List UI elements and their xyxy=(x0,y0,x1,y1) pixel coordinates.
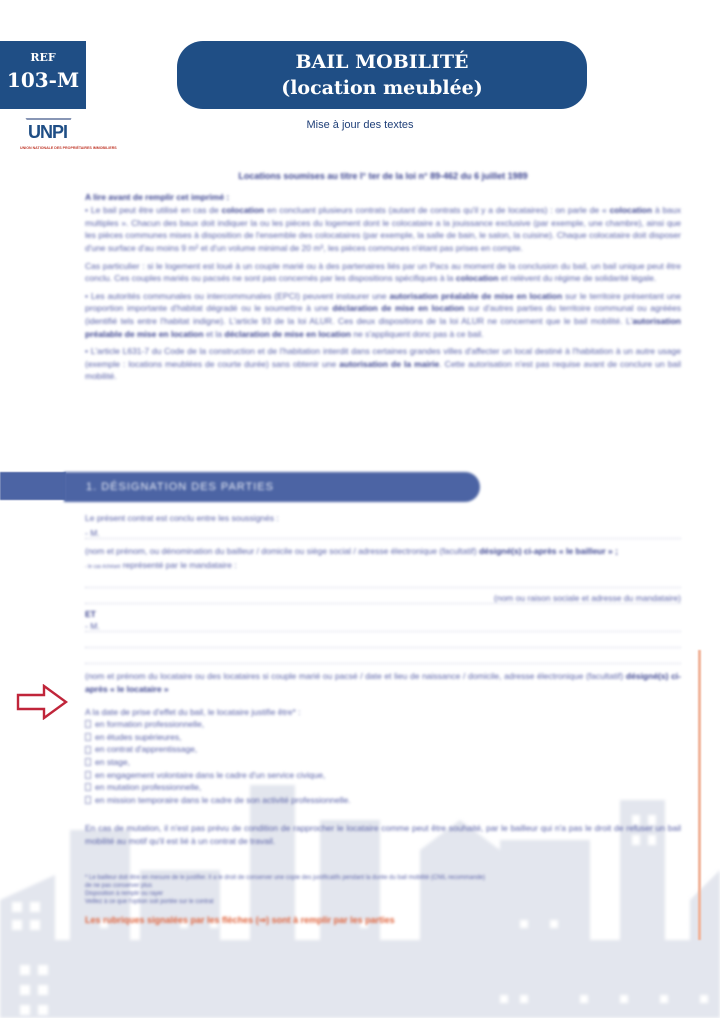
logo-subtitle: UNION NATIONALE DES PROPRIÉTAIRES IMMOBI… xyxy=(20,146,117,150)
document-title: BAIL MOBILITÉ (location meublée) xyxy=(177,41,587,109)
intro-paragraph: Cas particulier : si le logement est lou… xyxy=(85,260,681,285)
parties-section: Le présent contrat est conclu entre les … xyxy=(85,512,681,931)
intro-lead: A lire avant de remplir cet imprimé : xyxy=(85,191,681,204)
situation-option[interactable]: en formation professionnelle, xyxy=(85,718,681,731)
locataire-field-2[interactable] xyxy=(85,636,681,648)
checkbox[interactable] xyxy=(85,771,91,779)
intro-heading: Locations soumises au titre I° ter de la… xyxy=(85,170,681,183)
cotitulaire-note: En cas de mutation, il n'est pas prévu d… xyxy=(85,822,681,847)
arrow-right-icon xyxy=(16,684,68,720)
locataire-field-3[interactable] xyxy=(85,652,681,664)
checkbox[interactable] xyxy=(85,783,91,791)
section-bar-accent xyxy=(0,472,66,500)
parties-intro: Le présent contrat est conclu entre les … xyxy=(85,512,681,525)
locataire-name-field[interactable]: - M. xyxy=(85,620,681,632)
checkbox[interactable] xyxy=(85,758,91,766)
bailleur-name-field[interactable]: - M. xyxy=(85,527,681,539)
checkbox[interactable] xyxy=(85,720,91,728)
mandataire-field-2[interactable]: (nom ou raison sociale et adresse du man… xyxy=(85,592,681,604)
side-margin-line xyxy=(698,650,701,940)
footnotes: * Le bailleur doit être en mesure de le … xyxy=(85,874,681,906)
situation-option[interactable]: en études supérieures, xyxy=(85,731,681,744)
checkbox[interactable] xyxy=(85,796,91,804)
locataire-description: (nom et prénom du locataire ou des locat… xyxy=(85,670,681,695)
situation-option[interactable]: en mutation professionnelle, xyxy=(85,781,681,794)
fill-instruction-note: Les rubriques signalées par les flèches … xyxy=(85,914,681,927)
document-subtitle: Mise à jour des textes xyxy=(0,119,720,131)
title-line-1: BAIL MOBILITÉ xyxy=(177,49,587,75)
ref-code: 103-M xyxy=(0,68,86,92)
checkbox[interactable] xyxy=(85,746,91,754)
situation-label: A la date de prise d'effet du bail, le l… xyxy=(85,706,681,719)
ref-label: REF xyxy=(0,51,86,64)
situation-option[interactable]: en stage, xyxy=(85,756,681,769)
section-heading: 1. DÉSIGNATION DES PARTIES xyxy=(64,472,480,502)
mandataire-label: - le cas échéant représenté par le manda… xyxy=(85,559,681,574)
bailleur-description: (nom et prénom, ou dénomination du baill… xyxy=(85,545,681,558)
et-label: ET xyxy=(85,608,681,621)
checkbox[interactable] xyxy=(85,733,91,741)
situation-option[interactable]: en mission temporaire dans le cadre de s… xyxy=(85,794,681,807)
intro-paragraph: • L'article L631-7 du Code de la constru… xyxy=(85,345,681,383)
intro-block: Locations soumises au titre I° ter de la… xyxy=(85,170,681,388)
situation-option[interactable]: en engagement volontaire dans le cadre d… xyxy=(85,769,681,782)
intro-paragraph: • Les autorités communales ou intercommu… xyxy=(85,290,681,340)
mandataire-field[interactable] xyxy=(85,576,681,588)
intro-paragraph: • Le bail peut être utilisé en cas de co… xyxy=(85,204,681,254)
title-line-2: (location meublée) xyxy=(177,75,587,101)
situation-option[interactable]: en contrat d'apprentissage, xyxy=(85,743,681,756)
reference-badge: REF 103-M xyxy=(0,41,86,109)
